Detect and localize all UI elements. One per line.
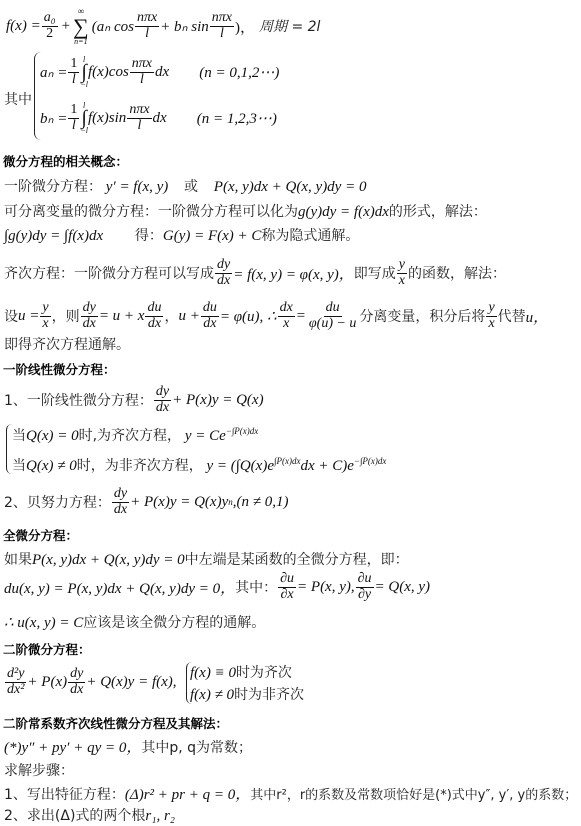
separable-line: 可分离变量的微分方程：一阶微分方程可以化为g(y)dy = f(x)dx的形式，… [4,201,487,221]
linear-item-1: 1、一阶线性微分方程： dydx + P(x)y = Q(x) [4,380,264,420]
exact-line-3: ∴ u(x, y) = C应该是该全微分方程的通解。 [4,612,265,632]
linear-case-nonhomogeneous: 当Q(x) ≠ 0时，为非齐次方程， y = (∫Q(x)e∫P(x)dxdx … [12,455,386,475]
second-order-equation: d²ydx² + P(x) dydx + Q(x)y = f(x), [4,660,177,704]
second-order-case-nonhomogeneous: f(x) ≠ 0时为非齐次 [190,684,304,704]
bn-formula: bₙ = 1l l ∫ −l f(x)sin nπxl dx (n = 1,2,… [40,98,277,138]
substitution-line: 设 u = yx ，则 dydx = u + x dudx ， u + dudx… [4,296,548,336]
step-1: 1、写出特征方程：(Δ)r² + pr + q = 0，其中r²，r的系数及常数… [4,783,577,804]
npix-over-l: nπxl [135,11,159,41]
period-label: 周期 = 2l [259,16,320,36]
integral-sign: l ∫ −l [80,56,88,88]
section-heading-exact: 全微分方程： [3,526,78,544]
plus-sign: + [62,18,70,35]
a0-over-2: a₀2 [42,11,58,41]
section-heading-concepts: 微分方程的相关概念： [3,152,128,170]
section-heading-second-order: 二阶微分方程： [3,640,91,658]
exact-line-2: du(x, y) = P(x, y)dx + Q(x, y)dy = 0， 其中… [4,567,430,607]
fourier-series-formula: f(x) = a₀2 + ∞ ∑ n=1 (aₙ cos nπxl + bₙ s… [6,6,320,46]
solution-steps-label: 求解步骤： [4,760,74,780]
step-2: 2、求出(Δ)式的两个根r₁, r₂ [4,805,175,825]
homogeneous-line: 齐次方程：一阶微分方程可以写成 dydx = f(x, y) = φ(x, y)… [4,253,506,293]
bernoulli-equation: 2、贝努力方程： dydx + P(x)y = Q(x)yn,(n ≠ 0,1) [4,482,288,522]
where-label: 其中 [4,89,32,109]
integral-sign: l ∫ −l [80,102,88,134]
homogeneous-conclusion: 即得齐次方程通解。 [4,334,130,354]
linear-case-homogeneous: 当Q(x) = 0时,为齐次方程， y = Ce−∫P(x)dx [12,425,258,445]
exact-line-1: 如果P(x, y)dx + Q(x, y)dy = 0中左端是某函数的全微分方程… [4,549,409,569]
first-order-line: 一阶微分方程： y′ = f(x, y) 或 P(x, y)dx + Q(x, … [4,176,366,196]
second-order-case-homogeneous: f(x) ≡ 0时为齐次 [190,662,292,682]
section-heading-const-coef: 二阶常系数齐次线性微分方程及其解法： [3,714,228,732]
summation: ∞ ∑ n=1 [73,7,89,46]
npix-over-l: nπxl [210,11,234,41]
an-formula: aₙ = 1l l ∫ −l f(x)cos nπxl dx (n = 0,1,… [40,52,279,92]
const-coef-equation: (*)y″ + py′ + qy = 0，其中p, q为常数； [4,736,252,757]
fourier-lhs: f(x) = [6,18,41,35]
section-heading-linear: 一阶线性微分方程： [3,360,116,378]
separable-solution-line: ∫g(y)dy = ∫f(x)dx 得：G(y) = F(x) + C称为隐式通… [4,225,359,245]
